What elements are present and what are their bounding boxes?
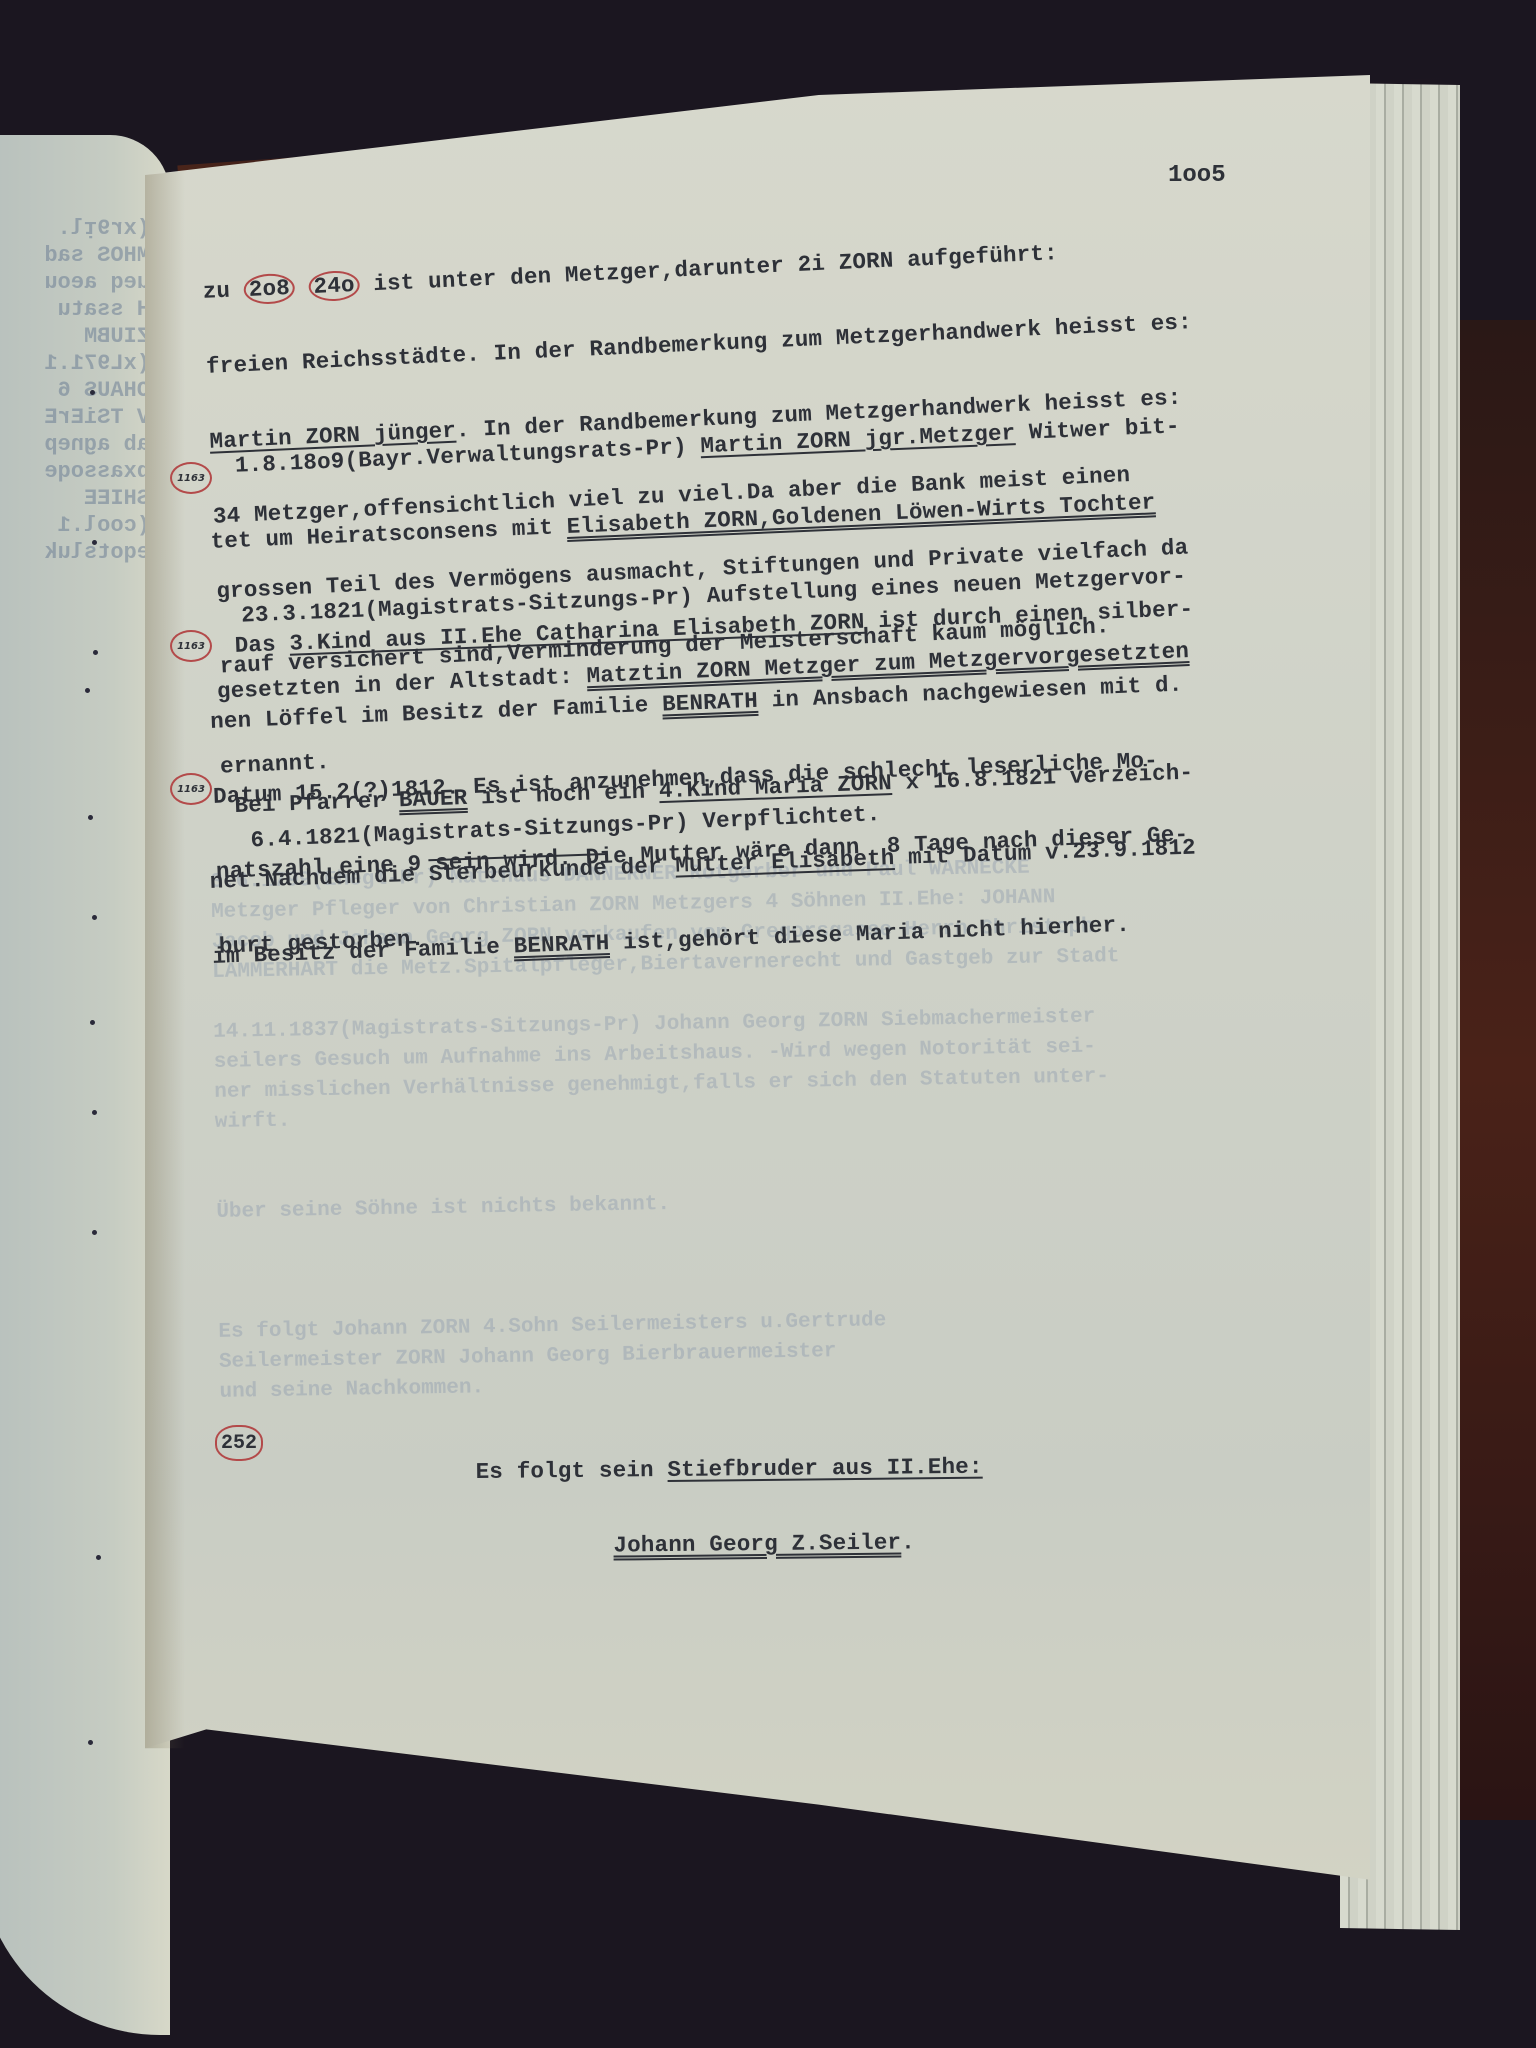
text-fragment: Es folgt sein: [476, 1457, 668, 1485]
text-fragment: ist durch einen silber-: [864, 596, 1194, 635]
text-fragment: 1.8.18o9(Bayr.Verwaltungsrats-Pr): [207, 433, 701, 480]
ref-circle-208: 2o8: [243, 273, 295, 305]
text-fragment: der: [606, 853, 675, 881]
dot-mark: [90, 1020, 95, 1025]
underlined-text: Stiefbruder aus II.Ehe:: [667, 1454, 982, 1483]
text-fragment: x 16.8.1821 verzeich-: [891, 760, 1193, 797]
child-4-paragraph: Bei Pfarrer BAUER ist noch ein 4.Kind Ma…: [205, 711, 1201, 1020]
text-fragment: Das: [207, 631, 290, 660]
text-fragment: ist,gehört diese Maria nicht hierher.: [609, 912, 1130, 956]
text-fragment: in Ansbach nachgewiesen mit d.: [757, 672, 1182, 714]
text-fragment: Bei Pfarrer: [207, 787, 400, 820]
footer-ref-circle: 252: [215, 1425, 263, 1461]
margin-ref-circle: 1163: [170, 773, 212, 805]
underlined-name: Martin ZORN jgr.Metzger: [700, 420, 1016, 459]
dot-mark: [92, 915, 97, 920]
dot-mark: [96, 1555, 101, 1560]
text-fragment: ist noch ein: [467, 778, 660, 811]
text-fragment: nen Löffel im Besitz der Familie: [210, 692, 663, 735]
dot-mark: [88, 1740, 93, 1745]
text-fragment: ist unter den Metzger,darunter 2i ZORN a…: [359, 240, 1058, 298]
underlined-name: Johann Georg Z.Seiler: [613, 1530, 901, 1559]
margin-ref-circle: 1163: [170, 630, 212, 662]
underlined-name: 4.Kind Maria ZORN: [659, 770, 893, 804]
text-fragment: im Besitz der Familie: [212, 933, 514, 970]
dot-mark: [90, 390, 95, 395]
overlined-word: Sterbeurkunde: [428, 855, 607, 887]
dot-mark: [93, 650, 98, 655]
text-fragment: .: [901, 1529, 915, 1555]
underlined-name: BENRATH: [513, 930, 610, 959]
text-fragment: tet um Heiratsconsens mit: [210, 514, 567, 555]
footer-note: Es folgt sein Stiefbruder aus II.Ehe: Jo…: [475, 1405, 984, 1610]
text-fragment: zu: [202, 277, 244, 305]
dot-mark: [92, 1230, 97, 1235]
photo-scene: (xr9ᴉl. MHOS sad ueq aeou H ssatu ZIUBM …: [0, 0, 1536, 2048]
ref-circle-240: 24o: [308, 270, 360, 302]
underlined-name: Elisabeth ZORN,Goldenen Löwen-Wirts Toch…: [566, 489, 1156, 540]
underlined-name: BENRATH: [662, 688, 759, 718]
text-fragment: mit Datum v.23.9.1812: [894, 834, 1196, 871]
underlined-name: Mutter Elisabeth: [675, 845, 895, 879]
text-fragment: Witwer bit-: [1015, 413, 1180, 446]
underlined-name: 3.Kind aus II.Ehe Catharina Elisabeth ZO…: [289, 609, 865, 657]
underlined-name: BAUER: [398, 785, 467, 813]
dot-mark: [92, 1110, 97, 1115]
dot-mark: [88, 815, 93, 820]
left-page: (xr9ᴉl. MHOS sad ueq aeou H ssatu ZIUBM …: [0, 135, 170, 2035]
left-page-mirrored-text: (xr9ᴉl. MHOS sad ueq aeou H ssatu ZIUBM …: [0, 215, 150, 566]
margin-ref-circle: 1163: [170, 462, 212, 494]
text-fragment: net.Nachdem die: [209, 861, 429, 895]
dot-mark: [85, 688, 90, 693]
dot-mark: [92, 540, 97, 545]
gutter-shadow: [145, 75, 185, 1955]
